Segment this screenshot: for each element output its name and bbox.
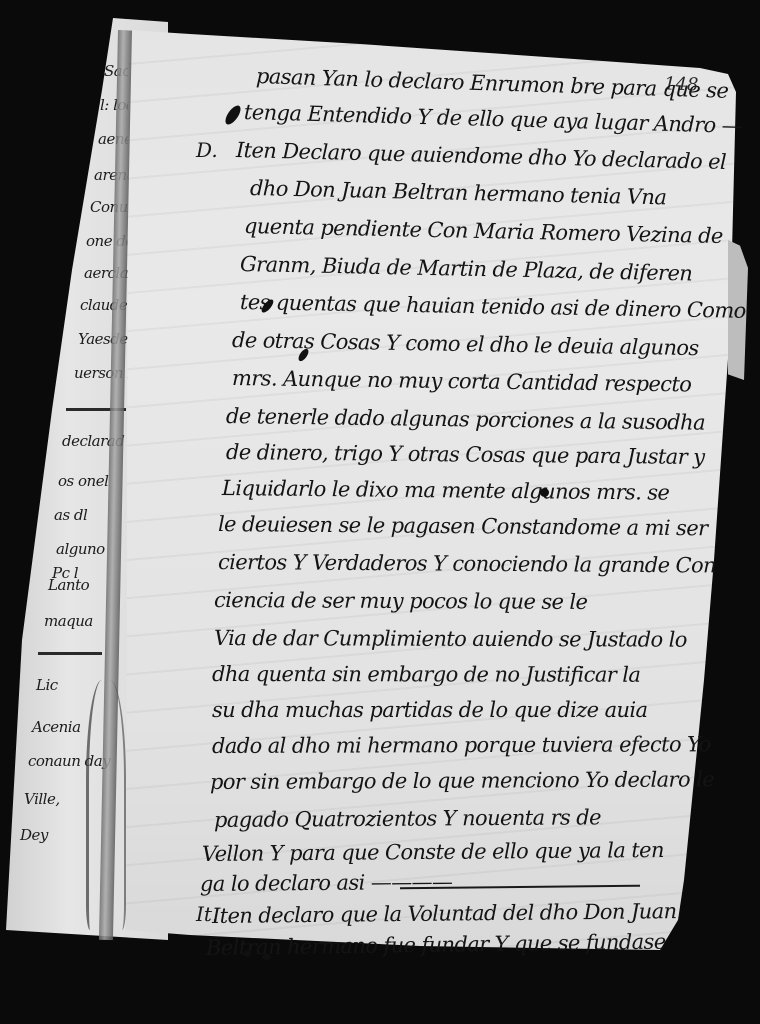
left-page-rule <box>38 652 102 655</box>
ink-blot <box>244 950 251 957</box>
left-page-text: Lic <box>36 676 58 694</box>
manuscript-line: su dha muchas partidas de lo que dize au… <box>212 698 647 722</box>
left-page-text: maqua <box>44 612 93 630</box>
left-page-text: alguno <box>56 540 105 558</box>
left-page-text: os onel <box>58 472 108 490</box>
manuscript-line: dado al dho mi hermano porque tuviera ef… <box>212 732 711 758</box>
ink-blot <box>540 488 549 497</box>
manuscript-line: de dinero, trigo Y otras Cosas que para … <box>226 440 705 469</box>
margin-mark-item: D. <box>196 138 218 162</box>
left-page-text: Acenia <box>32 718 81 736</box>
ink-blot <box>262 954 271 960</box>
document-scan: Sacon l: lod: lle aene D arenaie Conueni… <box>0 0 760 1024</box>
manuscript-line: ciertos Y Verdaderos Y conociendo la gra… <box>218 550 716 577</box>
manuscript-line: Via de dar Cumplimiento auiendo se Justa… <box>214 626 687 652</box>
manuscript-line: dha quenta sin embargo de no Justificar … <box>212 662 640 687</box>
manuscript-line: ciencia de ser muy pocos lo que se le <box>214 588 588 614</box>
manuscript-line: pagado Quatrozientos Y nouenta rs de <box>214 805 601 832</box>
manuscript-line: Vellon Y para que Conste de ello que ya … <box>202 838 664 866</box>
manuscript-line: por sin embargo de lo que menciono Yo de… <box>210 767 714 794</box>
manuscript-line: le deuiesen se le pagasen Constandome a … <box>218 512 708 540</box>
left-page-text: aerclar <box>84 264 135 282</box>
manuscript-line: Liquidarlo le dixo ma mente algunos mrs.… <box>222 476 670 505</box>
left-page-text: Dey <box>20 826 48 844</box>
left-page-text: as dl <box>54 506 87 524</box>
manuscript-line: Iten declaro que la Voluntad del dho Don… <box>212 899 677 928</box>
left-page-text: Yaesdes <box>78 330 135 348</box>
manuscript-line: Beltran hermano fue fundar Y que se fund… <box>206 930 666 960</box>
left-page-text: Ville, <box>24 790 60 808</box>
manuscript-line: ga lo declaro asi ———— <box>200 870 453 896</box>
binding-thread <box>86 680 126 930</box>
left-page-text: Lanto <box>48 576 89 594</box>
